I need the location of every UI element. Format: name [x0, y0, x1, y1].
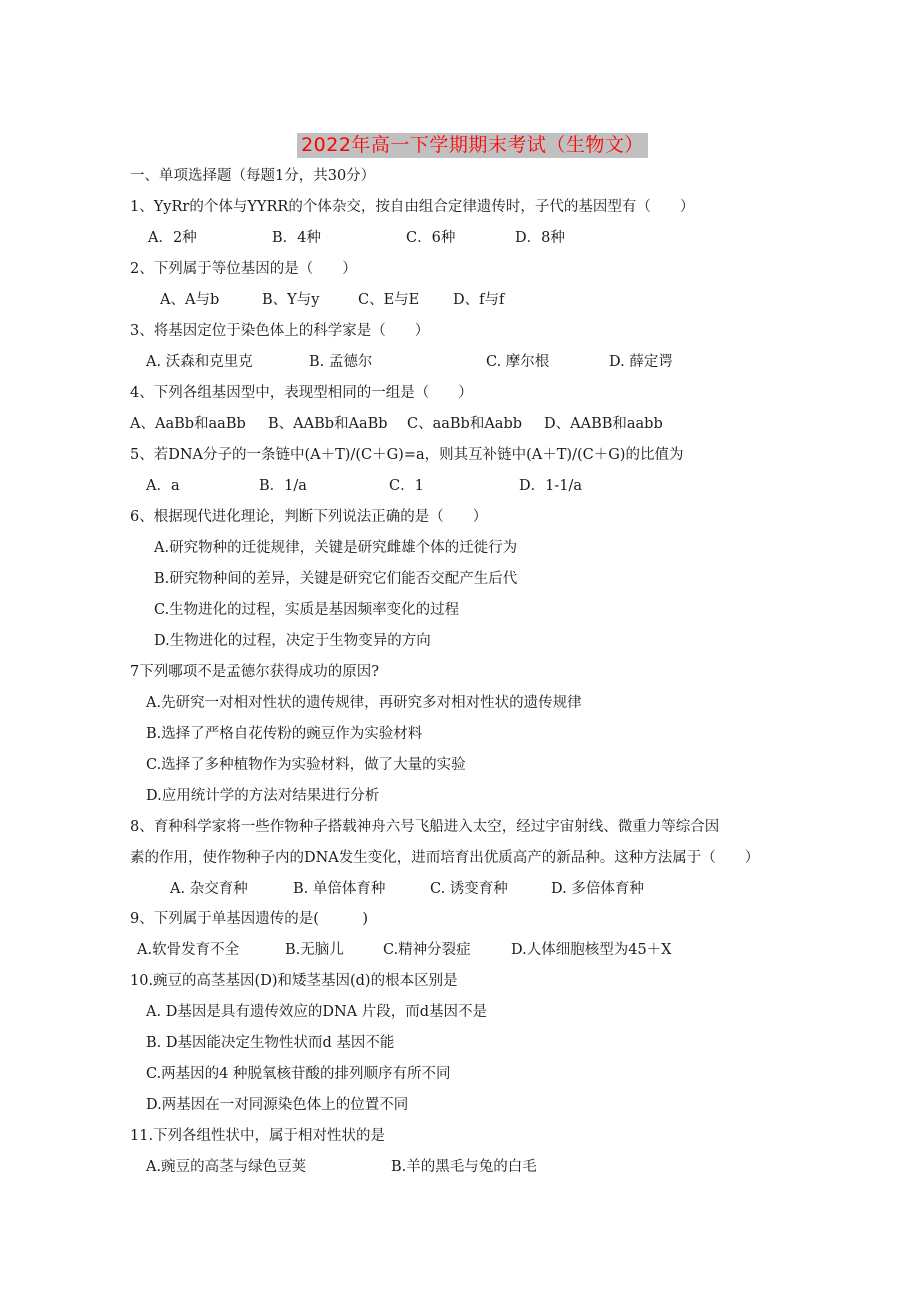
question-11-option-a: A.豌豆的高茎与绿色豆荚 [146, 1157, 306, 1177]
question-7-option-c: C.选择了多种植物作为实验材料，做了大量的实验 [146, 755, 466, 775]
question-1-option-c: C．6种 [406, 228, 455, 248]
question-10-option-c: C.两基因的4 种脱氧核苷酸的排列顺序有所不同 [146, 1064, 451, 1084]
question-2-stem: 2、下列属于等位基因的是（ ） [130, 259, 357, 279]
question-7-stem: 7下列哪项不是孟德尔获得成功的原因? [130, 662, 379, 682]
question-4-stem: 4、下列各组基因型中，表现型相同的一组是（ ） [130, 383, 473, 403]
question-6-option-c: C.生物进化的过程，实质是基因频率变化的过程 [154, 600, 459, 620]
question-3-option-a: A. 沃森和克里克 [146, 352, 253, 372]
question-11-option-b: B.羊的黑毛与兔的白毛 [391, 1157, 537, 1177]
question-9-option-a: A.软骨发育不全 [137, 940, 239, 960]
question-9-option-b: B.无脑儿 [285, 940, 344, 960]
question-4-option-c: C、aaBb和Aabb [407, 414, 522, 434]
question-6-option-a: A.研究物种的迁徙规律，关键是研究雌雄个体的迁徙行为 [154, 538, 517, 558]
question-5-option-b: B．1/a [259, 476, 307, 496]
question-6-stem: 6、根据现代进化理论，判断下列说法正确的是（ ） [130, 507, 487, 527]
question-5-option-c: C．1 [389, 476, 424, 496]
question-2-option-c: C、E与E [358, 290, 419, 310]
question-10-stem: 10.豌豆的高茎基因(D)和矮茎基因(d)的根本区别是 [130, 971, 458, 991]
question-10-option-a: A. D基因是具有遗传效应的DNA 片段，而d基因不是 [146, 1002, 487, 1022]
question-4-option-d: D、AABB和aabb [544, 414, 663, 434]
question-8-stem-line-2: 素的作用，使作物种子内的DNA发生变化，进而培育出优质高产的新品种。这种方法属于… [130, 848, 759, 868]
document-title: 2022年高一下学期期末考试（生物文） [301, 133, 644, 158]
question-10-option-d: D.两基因在一对同源染色体上的位置不同 [146, 1095, 408, 1115]
question-1-option-a: A．2种 [148, 228, 197, 248]
question-8-option-a: A. 杂交育种 [170, 879, 248, 899]
question-7-option-d: D.应用统计学的方法对结果进行分析 [146, 786, 379, 806]
question-8-stem-line-1: 8、育种科学家将一些作物种子搭载神舟六号飞船进入太空，经过宇宙射线、微重力等综合… [130, 817, 719, 837]
question-9-option-c: C.精神分裂症 [383, 940, 471, 960]
question-6-option-b: B.研究物种间的差异，关键是研究它们能否交配产生后代 [154, 569, 517, 589]
question-8-option-b: B. 单倍体育种 [293, 879, 385, 899]
question-5-option-d: D．1-1/a [519, 476, 582, 496]
question-3-option-c: C. 摩尔根 [486, 352, 549, 372]
question-7-option-a: A.先研究一对相对性状的遗传规律，再研究多对相对性状的遗传规律 [146, 693, 582, 713]
question-8-option-c: C. 诱变育种 [430, 879, 508, 899]
question-4-option-b: B、AABb和AaBb [268, 414, 388, 434]
question-1-option-d: D．8种 [515, 228, 565, 248]
question-2-option-d: D、f与f [453, 290, 504, 310]
question-11-stem: 11.下列各组性状中，属于相对性状的是 [130, 1126, 385, 1146]
question-6-option-d: D.生物进化的过程，决定于生物变异的方向 [154, 631, 431, 651]
question-4-option-a: A、AaBb和aaBb [130, 414, 246, 434]
question-3-option-d: D. 薛定谔 [609, 352, 673, 372]
question-2-option-b: B、Y与y [262, 290, 319, 310]
question-3-stem: 3、将基因定位于染色体上的科学家是（ ） [130, 321, 429, 341]
title-highlight: 2022年高一下学期期末考试（生物文） [297, 133, 648, 158]
question-1-stem: 1、YyRr的个体与YYRR的个体杂交，按自由组合定律遗传时，子代的基因型有（ … [130, 197, 694, 217]
question-9-stem: 9、下列属于单基因遗传的是( ) [130, 909, 368, 929]
question-1-option-b: B．4种 [272, 228, 321, 248]
question-2-option-a: A、A与b [160, 290, 219, 310]
question-10-option-b: B. D基因能决定生物性状而d 基因不能 [146, 1033, 394, 1053]
question-7-option-b: B.选择了严格自花传粉的豌豆作为实验材料 [146, 724, 422, 744]
question-5-option-a: A．a [146, 476, 180, 496]
question-3-option-b: B. 孟德尔 [309, 352, 372, 372]
document-page: 2022年高一下学期期末考试（生物文） 一、单项选择题（每题1分，共30分） 1… [0, 0, 920, 1302]
question-9-option-d: D.人体细胞核型为45＋X [511, 940, 672, 960]
section-heading: 一、单项选择题（每题1分，共30分） [130, 166, 375, 186]
question-5-stem: 5、若DNA分子的一条链中(A＋T)/(C＋G)=a，则其互补链中(A＋T)/(… [130, 445, 683, 465]
question-8-option-d: D. 多倍体育种 [551, 879, 644, 899]
